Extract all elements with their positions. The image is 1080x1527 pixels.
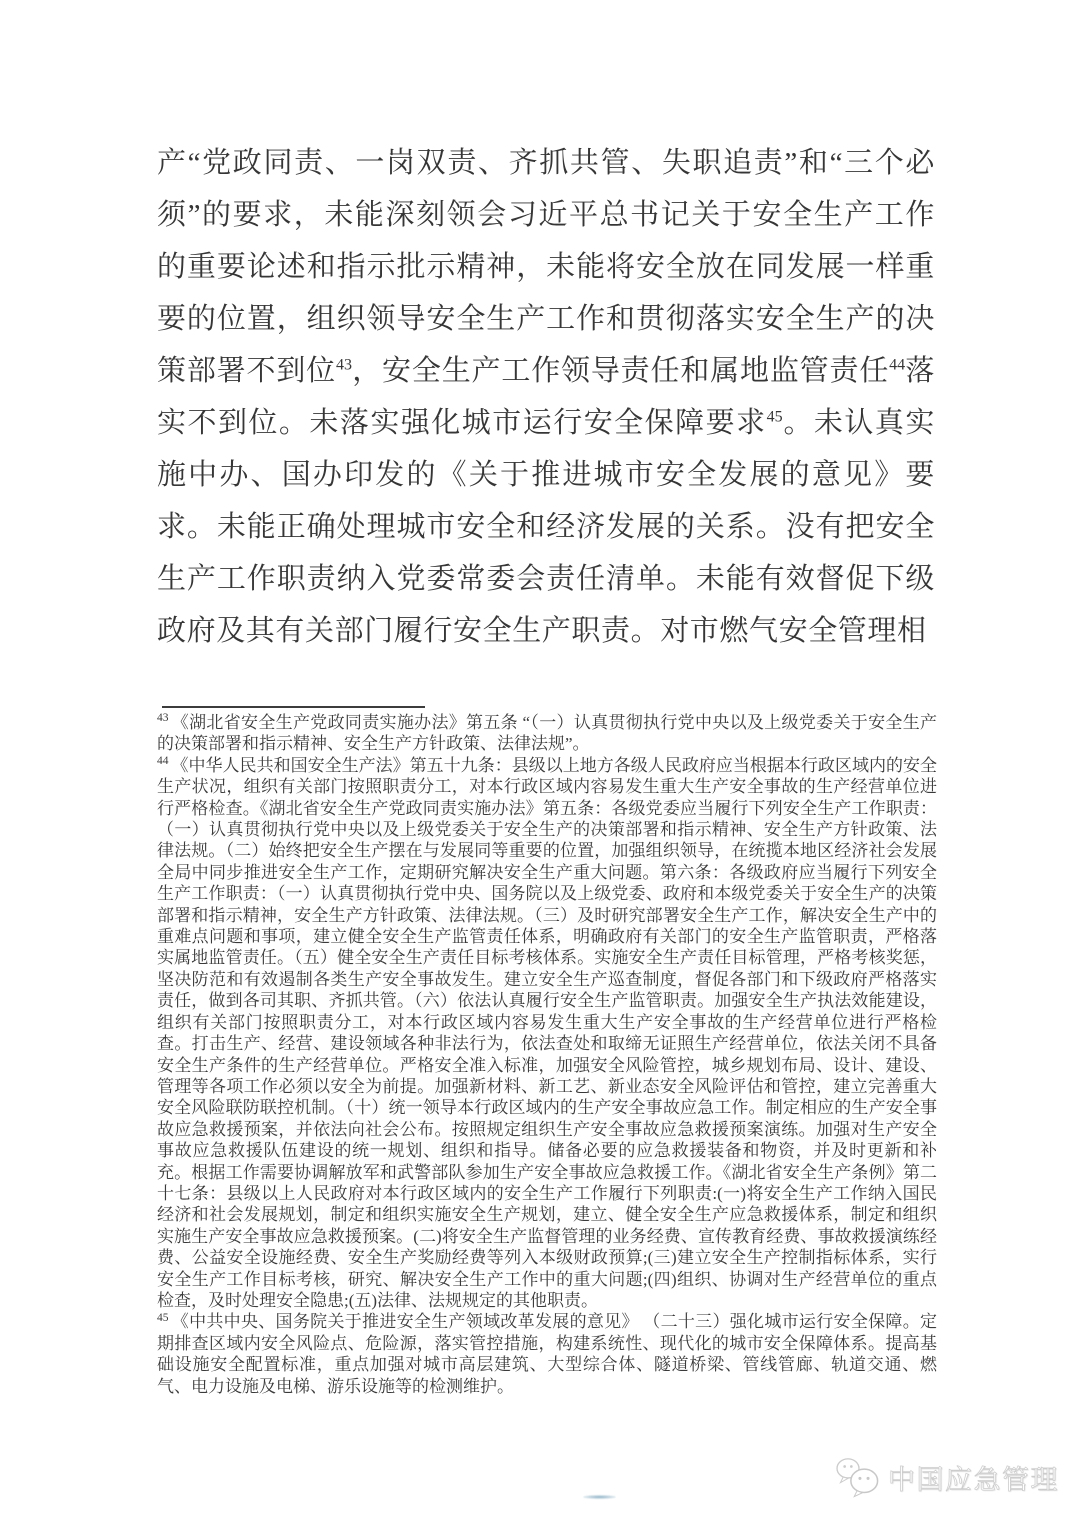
footnotes-section: 43《湖北省安全生产党政同责实施办法》第五条 “（一）认真贯彻执行党中央以及上级… bbox=[157, 712, 937, 1397]
wechat-icon bbox=[835, 1456, 882, 1498]
footnote-separator bbox=[162, 706, 425, 708]
page-indicator-dash bbox=[583, 1495, 616, 1499]
footnote-44: 44《中华人民共和国安全生产法》第五十九条：县级以上地方各级人民政府应当根据本行… bbox=[157, 755, 937, 1312]
footnote-ref-44: 44 bbox=[889, 356, 905, 373]
footnote-text-43: 《湖北省安全生产党政同责实施办法》第五条 “（一）认真贯彻执行党中央以及上级党委… bbox=[157, 713, 937, 753]
footnote-text-45: 《中共中央、国务院关于推进安全生产领域改革发展的意见》 （二十三）强化城市运行安… bbox=[157, 1312, 937, 1395]
footnote-43: 43《湖北省安全生产党政同责实施办法》第五条 “（一）认真贯彻执行党中央以及上级… bbox=[157, 712, 937, 755]
footnote-marker-44: 44 bbox=[157, 755, 169, 767]
paragraph-segment-2: ，安全生产工作领导责任和属地监管责任 bbox=[352, 355, 889, 387]
footnote-ref-43: 43 bbox=[336, 356, 352, 373]
document-page: 产“党政同责、一岗双责、齐抓共管、失职追责”和“三个必须”的要求，未能深刻领会习… bbox=[0, 0, 1080, 1527]
watermark: 中国应急管理 bbox=[835, 1456, 1059, 1498]
footnote-ref-45: 45 bbox=[767, 408, 783, 425]
footnote-marker-43: 43 bbox=[157, 712, 169, 724]
paragraph-segment-1: 产“党政同责、一岗双责、齐抓共管、失职追责”和“三个必须”的要求，未能深刻领会习… bbox=[157, 147, 935, 387]
paragraph-segment-4: 。未认真实施中办、国办印发的《关于推进城市安全发展的意见》要求。未能正确处理城市… bbox=[157, 407, 935, 647]
footnote-45: 45《中共中央、国务院关于推进安全生产领域改革发展的意见》 （二十三）强化城市运… bbox=[157, 1311, 937, 1397]
footnote-marker-45: 45 bbox=[157, 1312, 169, 1324]
footnote-text-44: 《中华人民共和国安全生产法》第五十九条：县级以上地方各级人民政府应当根据本行政区… bbox=[157, 756, 937, 1310]
watermark-label: 中国应急管理 bbox=[888, 1458, 1059, 1497]
main-paragraph: 产“党政同责、一岗双责、齐抓共管、失职追责”和“三个必须”的要求，未能深刻领会习… bbox=[157, 137, 935, 657]
